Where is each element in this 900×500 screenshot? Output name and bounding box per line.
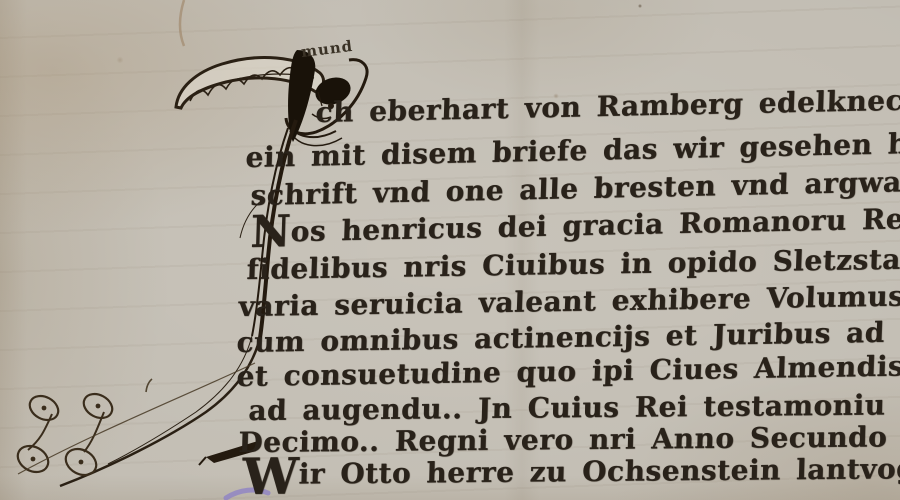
catchword: mund [300, 37, 354, 61]
hairline-tick [146, 379, 152, 392]
manuscript-photo: mund ch eberhart von Ramberg edelknecht … [0, 0, 900, 500]
manuscript-line-11: Wir Otto herre zu Ochsenstein lantvogt z… [242, 453, 900, 491]
hairline-flourish [18, 363, 255, 474]
line-text: ch eberhart von Ramberg edelknecht vogt … [315, 81, 900, 129]
line-text: ir Otto herre zu Ochsenstein lantvogt zu… [298, 451, 900, 490]
line-initial: W [242, 463, 299, 491]
manuscript-line-5: fidelibus nris Ciuibus in opido Sletzsta… [246, 243, 900, 285]
manuscript-line-1: ch eberhart von Ramberg edelknecht vogt … [315, 83, 900, 128]
line-text: fidelibus nris Ciuibus in opido Sletzsta… [246, 241, 900, 286]
manuscript-line-6: varia seruicia valeant exhibere Volumus … [238, 281, 900, 322]
stain-streak [180, 0, 184, 46]
figure-eight-flourishes [13, 389, 116, 480]
line-initial: N [250, 218, 291, 247]
manuscript-line-2: ein mit disem briefe das wir gesehen hab… [245, 127, 900, 173]
